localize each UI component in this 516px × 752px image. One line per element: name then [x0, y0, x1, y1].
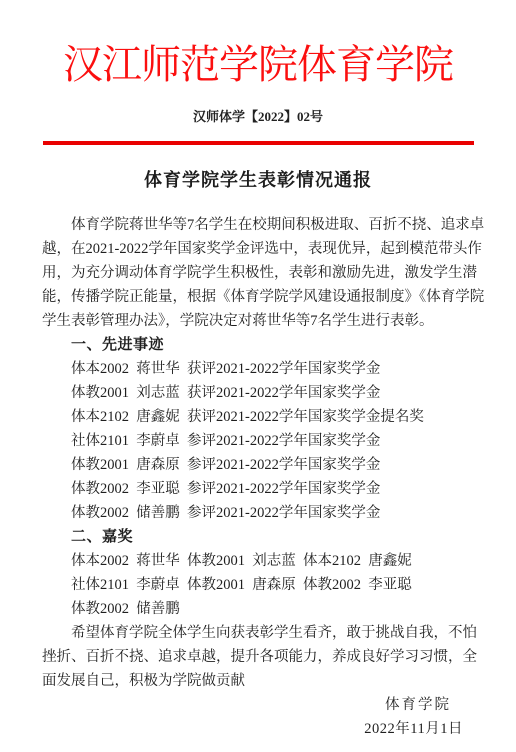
paragraph-line: 学生表彰管理办法》，学院决定对蒋世华等7名学生进行表彰。: [42, 309, 474, 333]
commendation-item: 体教2002 储善鹏 参评2021-2022学年国家奖学金: [42, 501, 474, 525]
award-item: 体本2002 蒋世华 体教2001 刘志蓝 体本2102 唐鑫妮: [42, 549, 474, 573]
commendation-item: 社体2101 李蔚卓 参评2021-2022学年国家奖学金: [42, 429, 474, 453]
date: 2022年11月1日: [42, 717, 474, 741]
commendation-item: 体教2002 李亚聪 参评2021-2022学年国家奖学金: [42, 477, 474, 501]
commendation-item: 体教2001 唐森原 参评2021-2022学年国家奖学金: [42, 453, 474, 477]
document-page: 汉江师范学院体育学院 汉师体学【2022】02号 体育学院学生表彰情况通报 体育…: [0, 0, 516, 752]
paragraph-line: 越，在2021-2022学年国家奖学金评选中，表现优异，起到模范带头作: [42, 237, 474, 261]
closing-line: 挫折、百折不挠、追求卓越，提升各项能力，养成良好学习习惯，全: [42, 645, 474, 669]
section-heading-deeds: 一、先进事迹: [42, 333, 474, 357]
section-heading-awards: 二、嘉奖: [42, 525, 474, 549]
paragraph-line: 体育学院蒋世华等7名学生在校期间积极进取、百折不挠、追求卓: [42, 213, 474, 237]
document-title: 体育学院学生表彰情况通报: [0, 167, 516, 193]
commendation-item: 体本2002 蒋世华 获评2021-2022学年国家奖学金: [42, 357, 474, 381]
award-item: 体教2002 储善鹏: [42, 597, 474, 621]
award-item: 社体2101 李蔚卓 体教2001 唐森原 体教2002 李亚聪: [42, 573, 474, 597]
commendation-item: 体本2102 唐鑫妮 获评2021-2022学年国家奖学金提名奖: [42, 405, 474, 429]
red-divider-line: [43, 141, 474, 145]
signature: 体育学院: [42, 693, 474, 717]
masthead-title: 汉江师范学院体育学院: [0, 0, 516, 88]
document-number: 汉师体学【2022】02号: [0, 108, 516, 125]
paragraph-line: 能，传播学院正能量，根据《体育学院学风建设通报制度》《体育学院: [42, 285, 474, 309]
closing-line: 希望体育学院全体学生向获表彰学生看齐，敢于挑战自我，不怕: [42, 621, 474, 645]
document-body: 体育学院蒋世华等7名学生在校期间积极进取、百折不挠、追求卓 越，在2021-20…: [42, 213, 474, 741]
closing-line: 面发展自己，积极为学院做贡献: [42, 669, 474, 693]
commendation-item: 体教2001 刘志蓝 获评2021-2022学年国家奖学金: [42, 381, 474, 405]
paragraph-line: 用，为充分调动体育学院学生积极性，表彰和激励先进，激发学生潜: [42, 261, 474, 285]
